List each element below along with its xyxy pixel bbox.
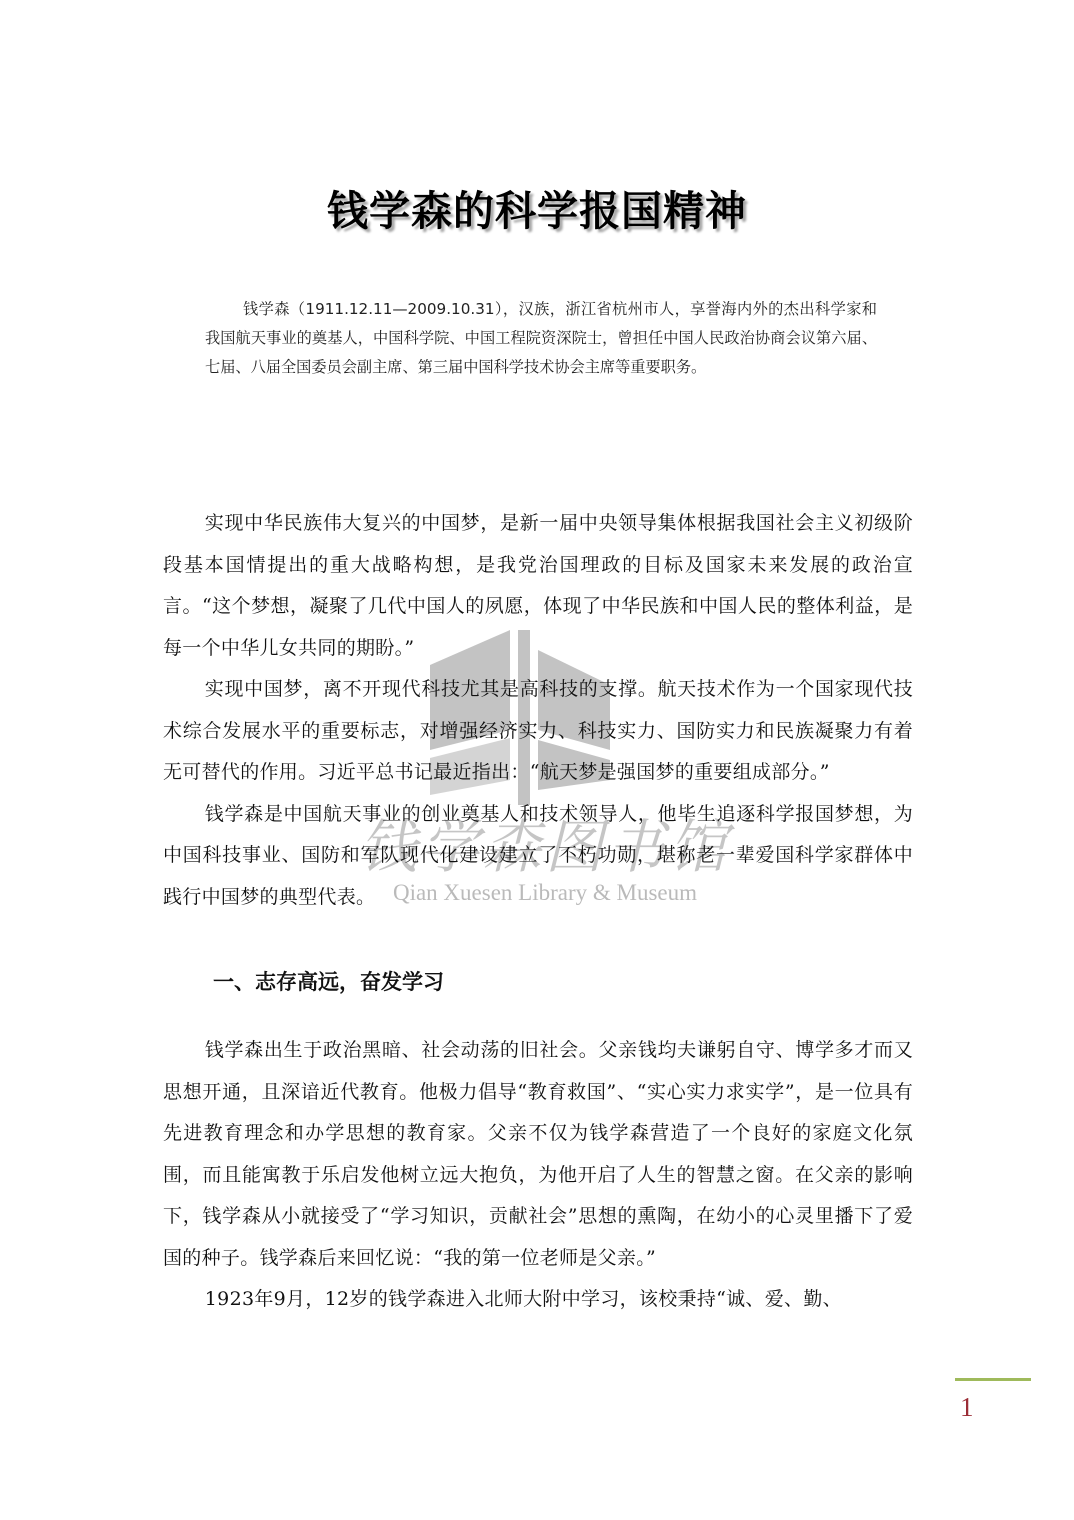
page-number: 1 [960,1392,974,1423]
document-page: 钱学森图书馆 Qian Xuesen Library & Museum 钱学森的… [0,0,1074,1520]
abstract: 钱学森（1911.12.11—2009.10.31），汉族，浙江省杭州市人，享誉… [205,295,877,382]
paragraph: 钱学森是中国航天事业的创业奠基人和技术领导人，他毕生追逐科学报国梦想，为中国科技… [163,794,913,919]
section-1-body: 钱学森出生于政治黑暗、社会动荡的旧社会。父亲钱均夫谦躬自守、博学多才而又思想开通… [163,1030,913,1321]
footer-rule [955,1378,1031,1381]
paragraph: 钱学森出生于政治黑暗、社会动荡的旧社会。父亲钱均夫谦躬自守、博学多才而又思想开通… [163,1030,913,1279]
section-heading: 一、志存高远，奋发学习 [213,966,444,996]
paragraph: 实现中国梦，离不开现代科技尤其是高科技的支撑。航天技术作为一个国家现代技术综合发… [163,669,913,794]
document-title: 钱学森的科学报国精神 [0,178,1074,237]
paragraph: 1923年9月，12岁的钱学森进入北师大附中学习，该校秉持“诚、爱、勤、 [163,1279,913,1321]
paragraph: 实现中华民族伟大复兴的中国梦，是新一届中央领导集体根据我国社会主义初级阶段基本国… [163,503,913,669]
intro-section: 实现中华民族伟大复兴的中国梦，是新一届中央领导集体根据我国社会主义初级阶段基本国… [163,503,913,918]
